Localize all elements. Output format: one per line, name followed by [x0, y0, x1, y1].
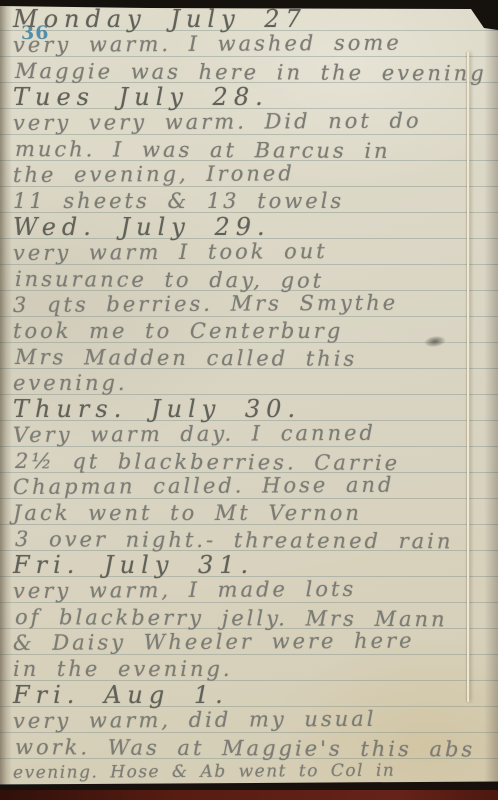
diary-line: very warm, I made lots [13, 575, 496, 604]
entry-date-heading: Fri. Aug 1. [13, 682, 496, 708]
diary-entry: Fri. July 31.very warm, I made lotsof bl… [13, 552, 496, 682]
diary-line: took me to Centerburg [13, 318, 496, 344]
diary-entry: Wed. July 29.very warm I took outinsuran… [13, 214, 496, 396]
diary-line: 3 qts berries. Mrs Smythe [13, 289, 496, 318]
diary-line: the evening, Ironed [13, 159, 496, 188]
diary-line: very warm. I washed some [13, 29, 496, 58]
diary-line: 11 sheets & 13 towels [13, 188, 496, 214]
diary-entry: Monday July 27very warm. I washed someMa… [13, 6, 496, 84]
diary-line: Very warm day. I canned [13, 419, 496, 448]
entry-date-heading: Wed. July 29. [13, 214, 496, 240]
diary-line: & Daisy Wheeler were here [13, 627, 496, 656]
entry-date-heading: Thurs. July 30. [13, 396, 496, 422]
diary-line: very warm I took out [13, 237, 496, 266]
entry-date-heading: Tues July 28. [13, 84, 496, 110]
diary-line: Jack went to Mt Vernon [13, 500, 496, 526]
diary-line: very very warm. Did not do [13, 107, 496, 136]
diary-line: very warm, did my usual [13, 705, 496, 734]
entry-date-heading: Monday July 27 [13, 6, 496, 32]
diary-entries: Monday July 27very warm. I washed someMa… [13, 6, 496, 786]
diary-entry: Fri. Aug 1.very warm, did my usualwork. … [13, 682, 496, 786]
diary-line: in the evening. [13, 656, 496, 682]
right-edge-shadow [484, 0, 498, 800]
diary-line: evening. [13, 370, 496, 396]
diary-entry: Tues July 28.very very warm. Did not dom… [13, 84, 496, 214]
diary-line: Chapman called. Hose and [13, 471, 496, 500]
diary-entry: Thurs. July 30.Very warm day. I canned2½… [13, 396, 496, 552]
binding-gutter-shadow [0, 0, 12, 800]
diary-page-scan: 36 Monday July 27very warm. I washed som… [0, 0, 498, 800]
entry-date-heading: Fri. July 31. [13, 552, 496, 578]
book-cover-maroon [0, 790, 498, 800]
diary-line: Mrs Madden called this [15, 344, 498, 373]
